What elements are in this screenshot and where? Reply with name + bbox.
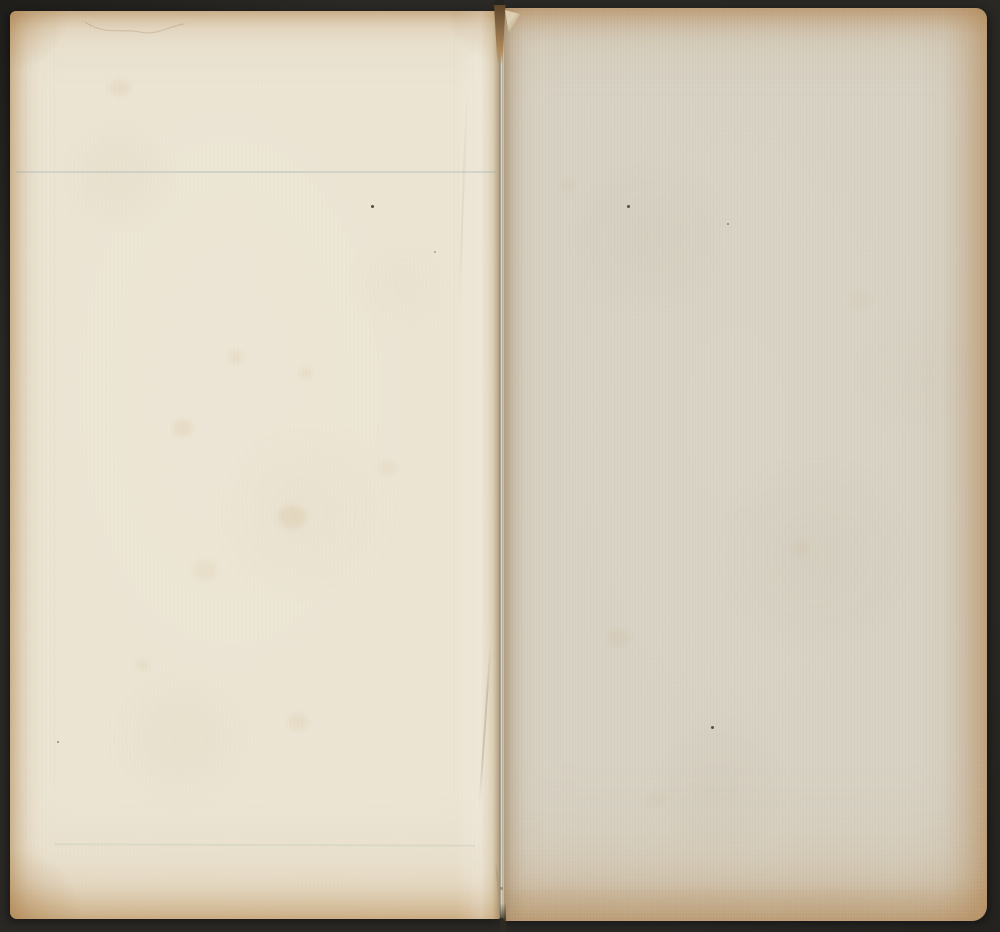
book-scan xyxy=(0,0,1000,932)
left-page-corner-toning xyxy=(10,11,500,919)
right-page-gutter-shade xyxy=(503,8,527,921)
paper-fiber-icon xyxy=(80,14,190,44)
gutter-fold-edge xyxy=(499,10,504,918)
left-page-gutter-curve xyxy=(456,11,500,919)
bottom-gutter-notch xyxy=(500,903,506,932)
left-page xyxy=(10,11,500,919)
right-page-mottle-texture xyxy=(503,8,987,921)
right-page xyxy=(503,8,987,921)
